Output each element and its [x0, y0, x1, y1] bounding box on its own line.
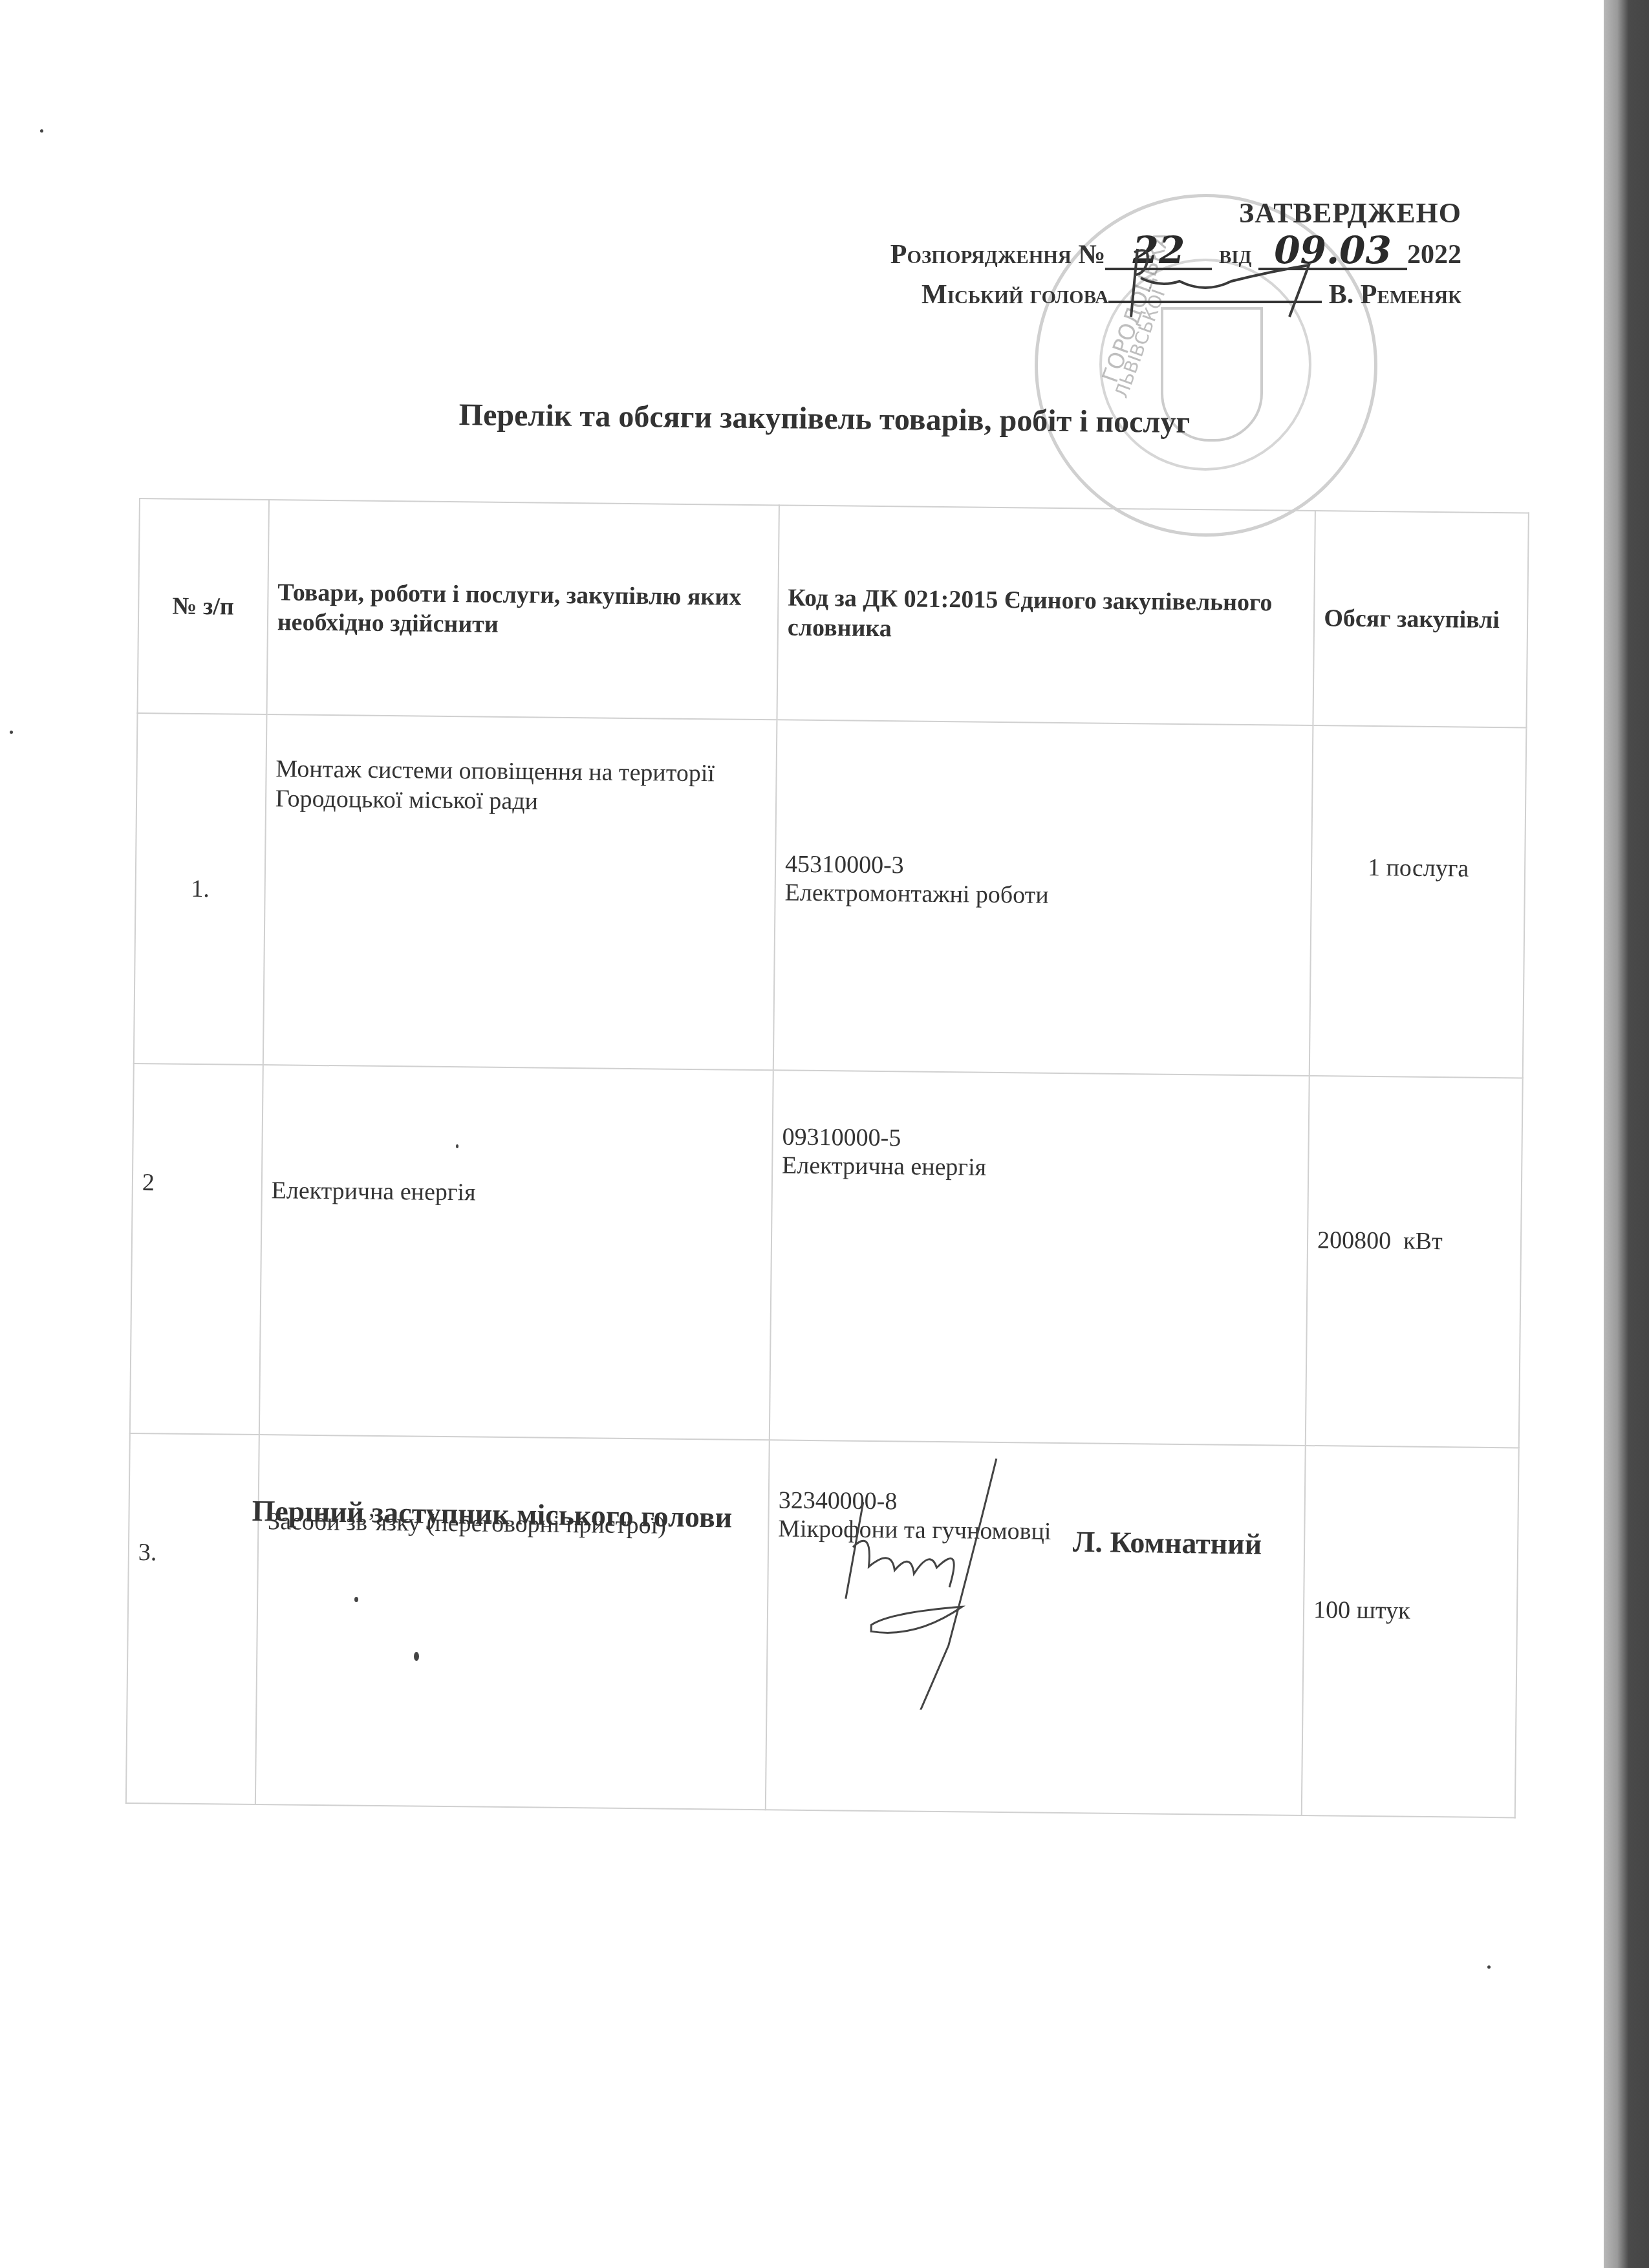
mayor-signature-icon: [1115, 242, 1328, 320]
header-number: № з/п: [138, 498, 269, 714]
row-number: 3.: [126, 1433, 259, 1804]
document-page: ГОРОДОЦЬКА ЛЬВІВСЬКОЇ ЗАТВЕРДЖЕНО Розпор…: [0, 0, 1649, 2268]
scanner-edge-shadow: [1604, 0, 1649, 2268]
row-volume: 200800 кВт: [1306, 1076, 1523, 1448]
row-item: Монтаж системи оповіщення на території Г…: [263, 714, 777, 1070]
procurement-table: № з/п Товари, роботи і послуги, закупівл…: [125, 498, 1529, 1818]
mayor-label: Міський голова: [921, 280, 1108, 310]
row-item: Засоби зв’язку (переговорні пристрої): [255, 1435, 770, 1810]
mayor-line: Міський голова В. Ременяк: [890, 275, 1461, 315]
row-code-cell: 45310000-3 Електромонтажні роботи: [773, 720, 1313, 1076]
order-prefix: Розпорядження №: [890, 240, 1106, 270]
header-volume: Обсяг закупівлі: [1313, 511, 1529, 727]
row-code-cell: 09310000-5 Електрична енергія: [770, 1070, 1309, 1446]
signatory-name: Л. Комнатний: [1073, 1524, 1262, 1561]
scan-speck: [10, 731, 13, 734]
mayor-signature-line: [1108, 275, 1322, 303]
table-header-row: № з/п Товари, роботи і послуги, закупівл…: [138, 498, 1529, 727]
scan-speck: [40, 129, 43, 133]
table-row: 1. Монтаж системи оповіщення на територі…: [134, 713, 1527, 1078]
row-volume: 1 послуга: [1309, 725, 1527, 1078]
row-code-name: Електрична енергія: [782, 1151, 1299, 1184]
mayor-name: В. Ременяк: [1329, 280, 1461, 310]
row-number: 2: [130, 1064, 263, 1435]
signatory-position: Перший заступник міського голови: [252, 1494, 732, 1534]
row-item: Електрична енергія: [259, 1065, 773, 1440]
approved-label: ЗАТВЕРДЖЕНО: [890, 194, 1461, 233]
table-row: 3. Засоби зв’язку (переговорні пристрої)…: [126, 1433, 1519, 1817]
table-row: 2 Електрична енергія 09310000-5 Електрич…: [130, 1064, 1523, 1448]
row-volume: 100 штук: [1302, 1446, 1519, 1817]
footer-signature-block: Перший заступник міського голови Л. Комн…: [252, 1493, 732, 1534]
header-item: Товари, роботи і послуги, закупівлю яких…: [266, 500, 779, 720]
deputy-signature-icon: [831, 1450, 1029, 1711]
row-code-name: Електромонтажні роботи: [784, 878, 1302, 912]
document-title: Перелік та обсяги закупівель товарів, ро…: [0, 392, 1649, 445]
approval-block: ЗАТВЕРДЖЕНО Розпорядження №22 від 09.032…: [890, 194, 1461, 315]
order-year: 2022: [1407, 240, 1461, 270]
scan-speck: [1487, 1965, 1491, 1969]
row-number: 1.: [134, 713, 266, 1065]
header-code: Код за ДК 021:2015 Єдиного закупівельног…: [777, 505, 1315, 725]
